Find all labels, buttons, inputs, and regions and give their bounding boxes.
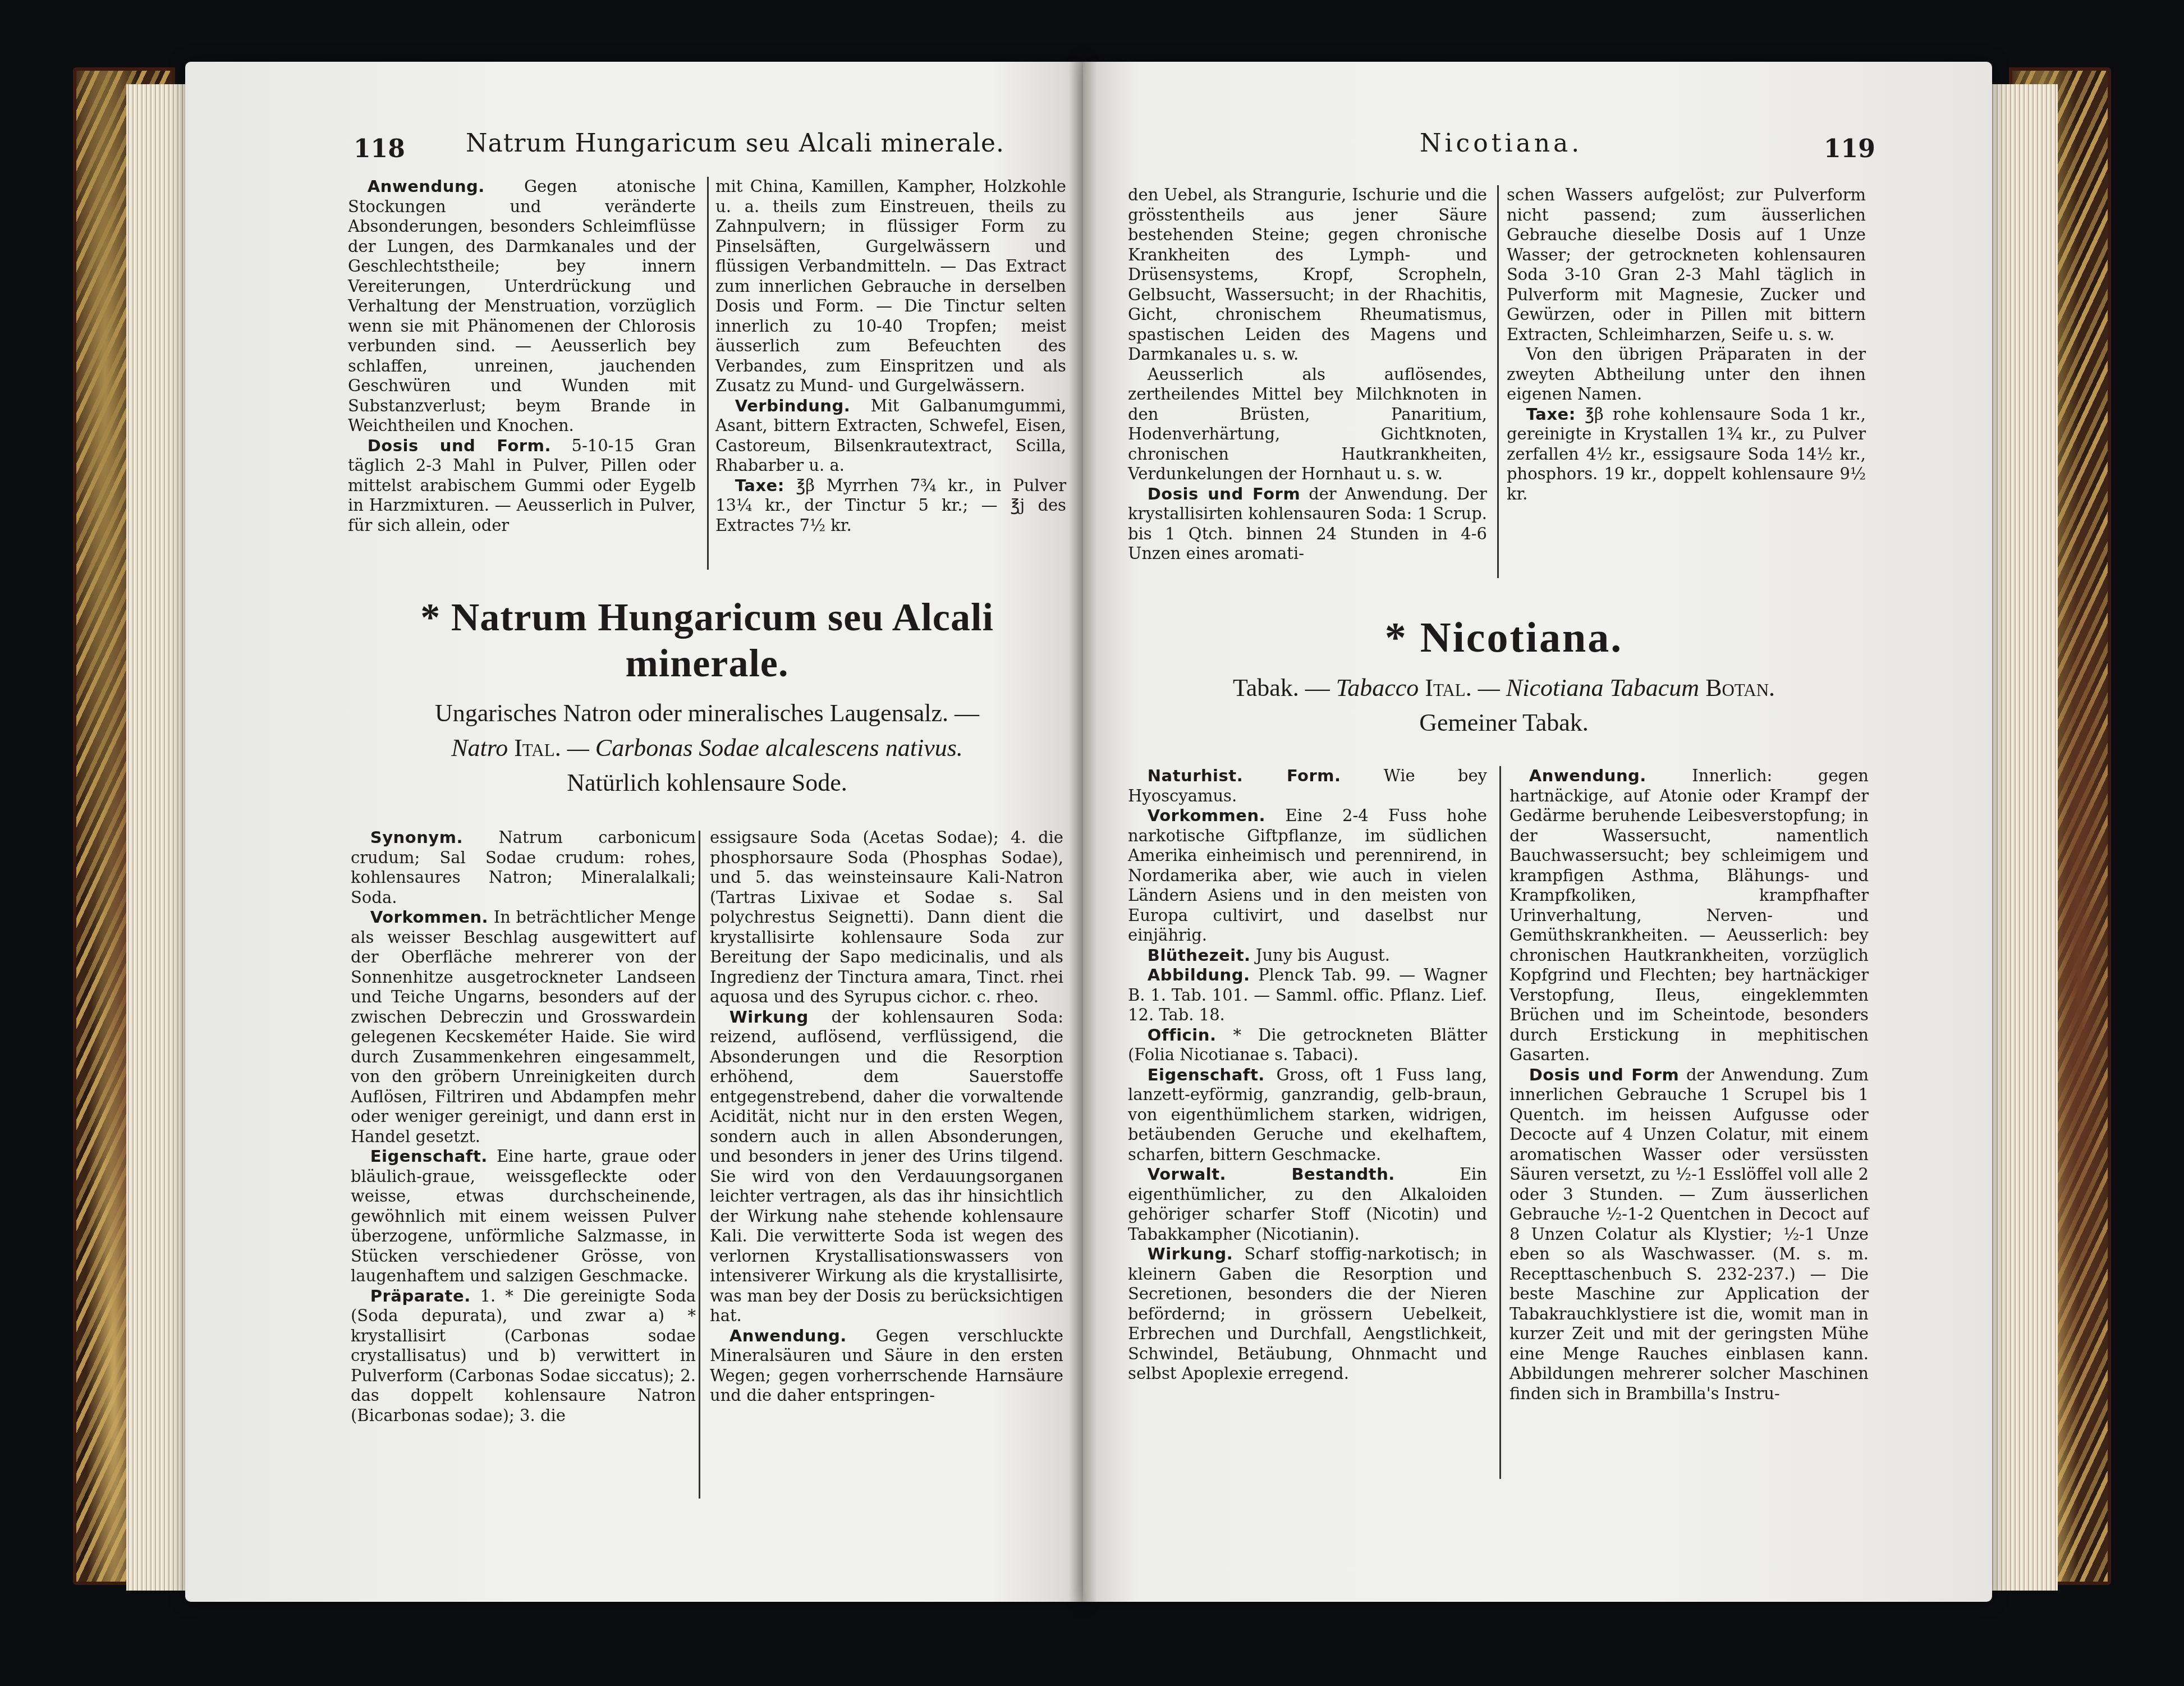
italic-term: — Nicotiana Tabacum <box>1478 674 1699 702</box>
section-text: schen Wassers aufgelöst; zur Pulverform … <box>1507 185 1866 344</box>
column-rule <box>1499 766 1501 1479</box>
section-label: Dosis und Form <box>1148 484 1300 503</box>
left-bottom-column-2: essigsaure Soda (Acetas Sodae); 4. die p… <box>710 828 1063 1406</box>
section-label: Anwendung. <box>729 1326 847 1345</box>
section-label: Vorwalt. Bestandth. <box>1148 1165 1395 1184</box>
section-label: Naturhist. Form. <box>1148 766 1341 785</box>
section-text: 1. * Die gereinigte Soda (Soda depurata)… <box>351 1286 696 1425</box>
language-tag: Ital. <box>514 734 561 762</box>
italic-term: Natro <box>451 734 508 762</box>
section-text: Scharf stoffig-narkotisch; in kleinern G… <box>1128 1244 1487 1383</box>
section-text: Eine 2-4 Fuss hohe narkotische Giftpflan… <box>1128 806 1487 945</box>
section-label: Blüthezeit. <box>1148 946 1251 965</box>
section-text: Von den übrigen Präparaten in der zweyte… <box>1507 345 1866 404</box>
section-text: In beträchtlicher Menge als weisser Besc… <box>351 908 696 1146</box>
section-text: der kohlensauren Soda: reizend, auflösen… <box>710 1007 1063 1326</box>
section-label: Präparate. <box>370 1286 471 1305</box>
running-head-right: Nicotiana. <box>1420 129 1582 158</box>
entry-title-natrum: * Natrum Hungaricum seu Alcali minerale. <box>337 595 1077 687</box>
entry-title-nicotiana: * Nicotiana. <box>1117 615 1891 661</box>
section-text: mit China, Kamillen, Kampher, Holzkohle … <box>715 177 1066 395</box>
section-text: Juny bis August. <box>1256 946 1390 965</box>
section-label: Anwendung. <box>1529 766 1646 785</box>
column-rule <box>699 831 700 1499</box>
column-rule <box>707 177 709 570</box>
italic-term: Tabacco <box>1336 674 1419 702</box>
section-text: essigsaure Soda (Acetas Sodae); 4. die p… <box>710 828 1063 1006</box>
entry-title-line: * Natrum Hungaricum seu Alcali <box>337 595 1077 641</box>
section-label: Wirkung <box>729 1007 809 1027</box>
right-bottom-column-1: Naturhist. Form. Wie bey Hyoscyamus. Vor… <box>1128 766 1487 1384</box>
left-top-column-2: mit China, Kamillen, Kampher, Holzkohle … <box>715 177 1066 535</box>
section-label: Eigenschaft. <box>370 1147 488 1166</box>
right-bottom-column-2: Anwendung. Innerlich: gegen hartnäckige,… <box>1509 766 1869 1404</box>
section-label: Synonym. <box>370 828 463 847</box>
right-top-column-2: schen Wassers aufgelöst; zur Pulverform … <box>1507 185 1866 504</box>
section-text: Gegen atonische Stockungen und verändert… <box>348 177 696 435</box>
section-text: Eine harte, graue oder bläulich-graue, w… <box>351 1147 696 1285</box>
entry-subtitle-line: Ungarisches Natron oder mineralisches La… <box>337 696 1077 731</box>
section-label: Dosis und Form. <box>368 436 551 455</box>
left-top-column-1: Anwendung. Gegen atonische Stockungen un… <box>348 177 696 535</box>
section-label: Vorkommen. <box>370 908 488 927</box>
entry-subtitle-nicotiana: Tabak. — Tabacco Ital. — Nicotiana Tabac… <box>1117 671 1891 740</box>
section-label: Taxe: <box>735 476 784 495</box>
entry-subtitle-line: Tabak. — Tabacco Ital. — Nicotiana Tabac… <box>1117 671 1891 705</box>
language-tag: Ital. <box>1425 674 1471 702</box>
section-label: Vorkommen. <box>1148 806 1265 825</box>
section-text: den Uebel, als Strangurie, Ischurie und … <box>1128 185 1487 364</box>
section-label: Officin. <box>1148 1025 1217 1044</box>
italic-term: — Carbonas Sodae alcalescens nativus. <box>567 734 963 762</box>
running-head-left: Natrum Hungaricum seu Alcali minerale. <box>466 129 1004 158</box>
section-label: Verbindung. <box>735 396 851 415</box>
book-gutter <box>1069 62 1097 1602</box>
section-text: Innerlich: gegen hartnäckige, auf Atonie… <box>1509 766 1869 1064</box>
column-rule <box>1497 185 1499 578</box>
section-label: Eigenschaft. <box>1148 1065 1265 1084</box>
entry-subtitle-line: Gemeiner Tabak. <box>1117 705 1891 740</box>
entry-subtitle-line: Natürlich kohlensaure Sode. <box>337 766 1077 800</box>
left-bottom-column-1: Synonym. Natrum carbonicum crudum; Sal S… <box>351 828 696 1426</box>
section-label: Anwendung. <box>368 177 485 196</box>
language-tag: Botan. <box>1705 674 1775 702</box>
section-label: Taxe: <box>1526 405 1576 424</box>
page-edges-right <box>1990 84 2058 1591</box>
entry-subtitle-line: Natro Ital. — Carbonas Sodae alcalescens… <box>337 731 1077 766</box>
entry-title-line: minerale. <box>337 641 1077 687</box>
page-number-left: 118 <box>354 135 405 163</box>
entry-subtitle-natrum: Ungarisches Natron oder mineralisches La… <box>337 696 1077 800</box>
section-label: Dosis und Form <box>1529 1065 1680 1084</box>
section-label: Wirkung. <box>1148 1244 1233 1263</box>
right-top-column-1: den Uebel, als Strangurie, Ischurie und … <box>1128 185 1487 564</box>
page-number-right: 119 <box>1824 135 1875 163</box>
section-label: Abbildung. <box>1148 965 1250 984</box>
page-edges-left <box>126 84 194 1591</box>
section-text: Aeusserlich als auflösendes, zertheilend… <box>1128 365 1487 484</box>
section-text: der Anwendung. Zum innerlichen Gebrauche… <box>1509 1065 1869 1403</box>
plain-term: Tabak. — <box>1233 674 1330 702</box>
